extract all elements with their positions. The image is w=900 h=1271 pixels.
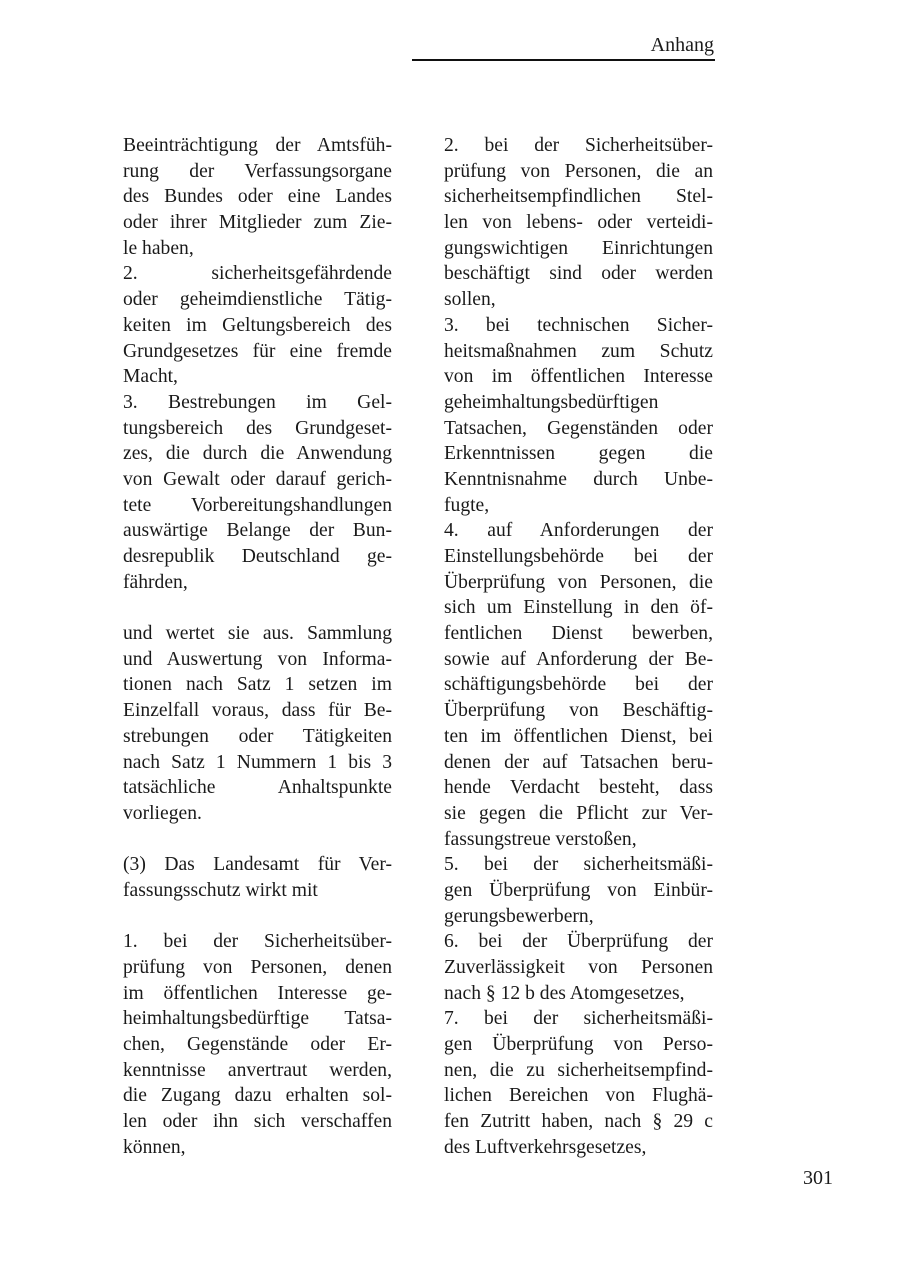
text-line: chen, Gegenstände oder Er- — [123, 1032, 392, 1058]
text-line: fassungstreue verstoßen, — [444, 827, 713, 853]
text-line: fassungsschutz wirkt mit — [123, 878, 392, 904]
text-line: beschäftigt sind oder werden — [444, 261, 713, 287]
paragraph: 2. bei der Sicherheitsüber-prüfung von P… — [444, 133, 713, 313]
text-line: (3) Das Landesamt für Ver- — [123, 852, 392, 878]
text-line: fentlichen Dienst bewerben, — [444, 621, 713, 647]
text-line: 5. bei der sicherheitsmäßi- — [444, 852, 713, 878]
paragraph: 1. bei der Sicherheitsüber-prüfung von P… — [123, 929, 392, 1160]
paragraph: (3) Das Landesamt für Ver-fassungsschutz… — [123, 852, 392, 903]
text-line: Einstellungsbehörde bei der — [444, 544, 713, 570]
text-line: 2. sicherheitsgefährdende — [123, 261, 392, 287]
text-line: vorliegen. — [123, 801, 392, 827]
text-line: Einzelfall voraus, dass für Be- — [123, 698, 392, 724]
text-line: len oder ihn sich verschaffen — [123, 1109, 392, 1135]
text-line: von Gewalt oder darauf gerich- — [123, 467, 392, 493]
text-line: gen Überprüfung von Perso- — [444, 1032, 713, 1058]
text-line: des Bundes oder eine Landes — [123, 184, 392, 210]
paragraph: 3. bei technischen Sicher-heitsmaßnahmen… — [444, 313, 713, 519]
running-header: Anhang — [412, 32, 714, 58]
page-number: 301 — [760, 1165, 833, 1191]
text-line: 3. Bestrebungen im Gel- — [123, 390, 392, 416]
paragraph: 3. Bestrebungen im Gel-tungsbereich des … — [123, 390, 392, 596]
paragraph: 4. auf Anforderungen derEinstellungsbehö… — [444, 518, 713, 852]
text-line: desrepublik Deutschland ge- — [123, 544, 392, 570]
text-line: heitsmaßnahmen zum Schutz — [444, 339, 713, 365]
text-line: des Luftverkehrsgesetzes, — [444, 1135, 713, 1161]
paragraph: 7. bei der sicherheitsmäßi-gen Überprüfu… — [444, 1006, 713, 1160]
text-line: Zuverlässigkeit von Personen — [444, 955, 713, 981]
text-line: lichen Bereichen von Flughä- — [444, 1083, 713, 1109]
text-line: nach Satz 1 Nummern 1 bis 3 — [123, 750, 392, 776]
text-line: Überprüfung von Personen, die — [444, 570, 713, 596]
text-line: rung der Verfassungsorgane — [123, 159, 392, 185]
text-line: gerungsbewerbern, — [444, 904, 713, 930]
text-line: oder ihrer Mitglieder zum Zie- — [123, 210, 392, 236]
paragraph: und wertet sie aus. Sammlungund Auswertu… — [123, 621, 392, 827]
text-line: keiten im Geltungsbereich des — [123, 313, 392, 339]
text-line: fährden, — [123, 570, 392, 596]
text-line: Überprüfung von Beschäftig- — [444, 698, 713, 724]
text-line: le haben, — [123, 236, 392, 262]
text-line: fen Zutritt haben, nach § 29 c — [444, 1109, 713, 1135]
text-line: sollen, — [444, 287, 713, 313]
text-line: 1. bei der Sicherheitsüber- — [123, 929, 392, 955]
text-line: geheimhaltungsbedürftigen — [444, 390, 713, 416]
text-line: sicherheitsempfindlichen Stel- — [444, 184, 713, 210]
text-line: Grundgesetzes für eine fremde — [123, 339, 392, 365]
text-line: sie gegen die Pflicht zur Ver- — [444, 801, 713, 827]
text-line: Tatsachen, Gegenständen oder — [444, 416, 713, 442]
text-line: die Zugang dazu erhalten sol- — [123, 1083, 392, 1109]
text-line: und wertet sie aus. Sammlung — [123, 621, 392, 647]
paragraph: Beeinträchtigung der Amtsfüh-rung der Ve… — [123, 133, 392, 261]
text-line: nach § 12 b des Atomgesetzes, — [444, 981, 713, 1007]
paragraph-gap — [123, 827, 392, 853]
text-line: tionen nach Satz 1 setzen im — [123, 672, 392, 698]
text-line: 6. bei der Überprüfung der — [444, 929, 713, 955]
text-line: und Auswertung von Informa- — [123, 647, 392, 673]
right-text-column: 2. bei der Sicherheitsüber-prüfung von P… — [444, 133, 713, 1161]
text-line: Erkenntnissen gegen die — [444, 441, 713, 467]
paragraph: 2. sicherheitsgefährdendeoder geheimdien… — [123, 261, 392, 389]
text-line: len von lebens- oder verteidi- — [444, 210, 713, 236]
text-line: 3. bei technischen Sicher- — [444, 313, 713, 339]
text-line: tatsächliche Anhaltspunkte — [123, 775, 392, 801]
text-line: 2. bei der Sicherheitsüber- — [444, 133, 713, 159]
text-line: kenntnisse anvertraut werden, — [123, 1058, 392, 1084]
text-line: denen der auf Tatsachen beru- — [444, 750, 713, 776]
header-rule — [412, 59, 715, 61]
text-line: gungswichtigen Einrichtungen — [444, 236, 713, 262]
text-line: fugte, — [444, 493, 713, 519]
text-line: strebungen oder Tätigkeiten — [123, 724, 392, 750]
text-line: 7. bei der sicherheitsmäßi- — [444, 1006, 713, 1032]
text-line: Kenntnisnahme durch Unbe- — [444, 467, 713, 493]
text-line: im öffentlichen Interesse ge- — [123, 981, 392, 1007]
text-line: von im öffentlichen Interesse — [444, 364, 713, 390]
paragraph-gap — [123, 904, 392, 930]
text-line: Macht, — [123, 364, 392, 390]
text-line: sowie auf Anforderung der Be- — [444, 647, 713, 673]
left-text-column: Beeinträchtigung der Amtsfüh-rung der Ve… — [123, 133, 392, 1161]
text-line: prüfung von Personen, die an — [444, 159, 713, 185]
paragraph: 5. bei der sicherheitsmäßi-gen Überprüfu… — [444, 852, 713, 929]
text-line: prüfung von Personen, denen — [123, 955, 392, 981]
paragraph-gap — [123, 595, 392, 621]
text-line: heimhaltungsbedürftige Tatsa- — [123, 1006, 392, 1032]
text-line: hende Verdacht besteht, dass — [444, 775, 713, 801]
text-line: 4. auf Anforderungen der — [444, 518, 713, 544]
text-line: tete Vorbereitungshandlungen — [123, 493, 392, 519]
text-line: nen, die zu sicherheitsempfind- — [444, 1058, 713, 1084]
text-line: oder geheimdienstliche Tätig- — [123, 287, 392, 313]
text-line: zes, die durch die Anwendung — [123, 441, 392, 467]
paragraph: 6. bei der Überprüfung derZuverlässigkei… — [444, 929, 713, 1006]
text-line: sich um Einstellung in den öf- — [444, 595, 713, 621]
text-line: gen Überprüfung von Einbür- — [444, 878, 713, 904]
text-line: tungsbereich des Grundgeset- — [123, 416, 392, 442]
text-line: schäftigungsbehörde bei der — [444, 672, 713, 698]
text-line: Beeinträchtigung der Amtsfüh- — [123, 133, 392, 159]
text-line: können, — [123, 1135, 392, 1161]
text-line: ten im öffentlichen Dienst, bei — [444, 724, 713, 750]
text-line: auswärtige Belange der Bun- — [123, 518, 392, 544]
